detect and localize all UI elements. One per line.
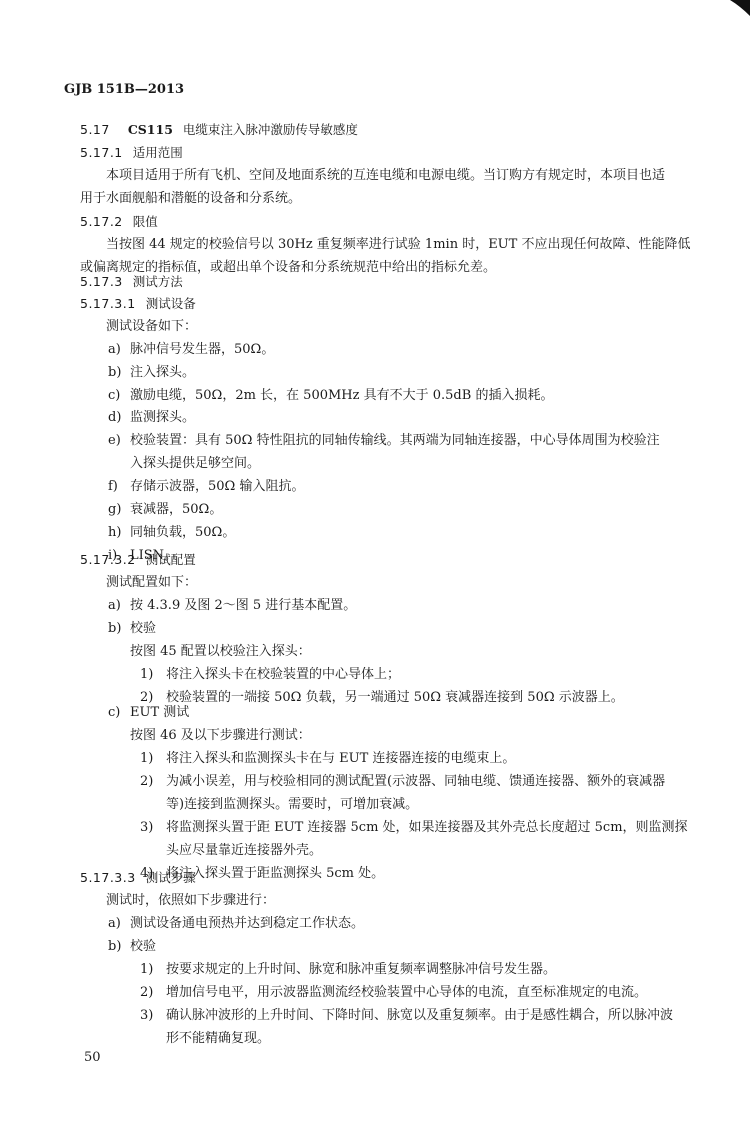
sub-list-item: 2)为减小误差，用与校验相同的测试配置(示波器、同轴电缆、馈通连接器、额外的衰减…	[140, 774, 665, 790]
list-item-continuation: 入探头提供足够空间。	[130, 456, 260, 472]
intro-text: 测试设备如下：	[106, 319, 197, 335]
page-number: 50	[84, 1050, 101, 1066]
section-heading-5-17: 5.17 CS115 电缆束注入脉冲激励传导敏感度	[80, 122, 358, 138]
intro-text: 测试配置如下：	[106, 575, 197, 591]
sub-list-item: 2)增加信号电平，用示波器监测流经校验装置中心导体的电流，直至标准规定的电流。	[140, 985, 647, 1001]
list-item: f)存储示波器，50Ω 输入阻抗。	[108, 479, 304, 495]
intro-text: 按图 45 配置以校验注入探头：	[130, 644, 311, 660]
sub-list-item: 3)确认脉冲波形的上升时间、下降时间、脉宽以及重复频率。由于是感性耦合，所以脉冲…	[140, 1008, 673, 1024]
sub-list-item: 2)校验装置的一端接 50Ω 负载，另一端通过 50Ω 衰减器连接到 50Ω 示…	[140, 690, 624, 706]
list-item: c)激励电缆，50Ω，2m 长，在 500MHz 具有不大于 0.5dB 的插入…	[108, 388, 553, 404]
paragraph-line: 本项目适用于所有飞机、空间及地面系统的互连电缆和电源电缆。当订购方有规定时，本项…	[106, 168, 665, 184]
heading-5-17-3-2: 5.17.3.2测试配置	[80, 552, 196, 568]
heading-5-17-3-3: 5.17.3.3测试步骤	[80, 870, 196, 886]
list-item: g)衰减器，50Ω。	[108, 502, 222, 518]
paragraph-line: 当按图 44 规定的校验信号以 30Hz 重复频率进行试验 1min 时，EUT…	[106, 237, 690, 253]
list-item: h)同轴负载，50Ω。	[108, 525, 235, 541]
heading-5-17-2: 5.17.2限值	[80, 214, 158, 230]
standard-code: GJB 151B—2013	[64, 82, 184, 98]
sub-list-item: 3)将监测探头置于距 EUT 连接器 5cm 处，如果连接器及其外壳总长度超过 …	[140, 820, 688, 836]
list-item: a)脉冲信号发生器，50Ω。	[108, 342, 274, 358]
paragraph-line: 用于水面舰船和潜艇的设备和分系统。	[80, 191, 301, 207]
list-item: e)校验装置：具有 50Ω 特性阻抗的同轴传输线。其两端为同轴连接器，中心导体周…	[108, 433, 660, 449]
section-title: 电缆束注入脉冲激励传导敏感度	[183, 122, 358, 137]
list-item: a)按 4.3.9 及图 2～图 5 进行基本配置。	[108, 598, 356, 614]
sub-list-item: 1)按要求规定的上升时间、脉宽和脉冲重复频率调整脉冲信号发生器。	[140, 962, 556, 978]
list-item: a)测试设备通电预热并达到稳定工作状态。	[108, 916, 364, 932]
heading-5-17-3: 5.17.3测试方法	[80, 274, 183, 290]
list-item: b)注入探头。	[108, 365, 195, 381]
document-page: GJB 151B—2013 5.17 CS115 电缆束注入脉冲激励传导敏感度 …	[0, 0, 750, 1141]
list-item: d)监测探头。	[108, 410, 195, 426]
sub-list-item: 1)将注入探头卡在校验装置的中心导体上；	[140, 667, 400, 683]
list-item: c)EUT 测试	[108, 705, 189, 721]
sub-list-item-continuation: 头应尽量靠近连接器外壳。	[166, 843, 322, 859]
intro-text: 测试时，依照如下步骤进行：	[106, 893, 275, 909]
heading-5-17-3-1: 5.17.3.1测试设备	[80, 296, 196, 312]
intro-text: 按图 46 及以下步骤进行测试：	[130, 728, 311, 744]
heading-5-17-1: 5.17.1适用范围	[80, 145, 183, 161]
list-item: b)校验	[108, 621, 156, 637]
list-item: b)校验	[108, 939, 156, 955]
sub-list-item-continuation: 形不能精确复现。	[166, 1031, 270, 1047]
sub-list-item-continuation: 等)连接到监测探头。需要时，可增加衰减。	[166, 797, 418, 813]
sub-list-item: 1)将注入探头和监测探头卡在与 EUT 连接器连接的电缆束上。	[140, 751, 515, 767]
section-code: CS115	[128, 122, 173, 137]
